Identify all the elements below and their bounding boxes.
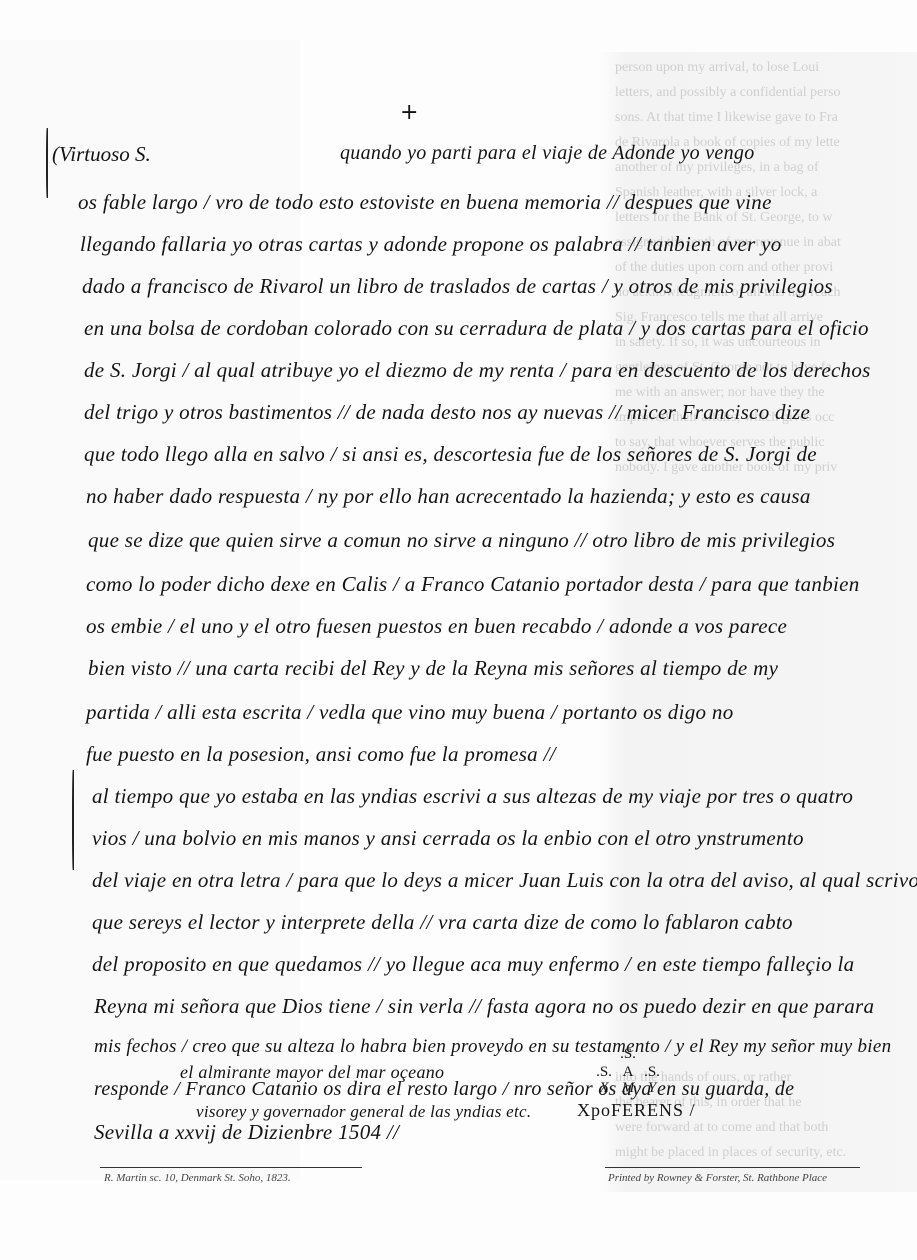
sigla-top: .S.: [618, 1046, 638, 1062]
letter-line: bien visto // una carta recibi del Rey y…: [88, 656, 778, 681]
imprint-rule-left: [100, 1167, 362, 1168]
letter-line: Reyna mi señora que Dios tiene / sin ver…: [94, 994, 874, 1019]
imprint-left: R. Martin sc. 10, Denmark St. Soho, 1823…: [104, 1172, 291, 1184]
letter-line: como lo poder dicho dexe en Calis / a Fr…: [86, 572, 860, 597]
letter-line: dado a francisco de Rivarol un libro de …: [82, 274, 833, 299]
sigla-m: M: [618, 1080, 638, 1096]
sigla-a: A: [618, 1064, 638, 1080]
letter-line: mis fechos / creo que su alteza lo habra…: [94, 1036, 891, 1058]
imprint-rule-right: [605, 1167, 860, 1168]
sigla-s-right: .S.: [642, 1064, 662, 1080]
show-through-line: letters, and possibly a confidential per…: [615, 83, 841, 102]
margin-note: (Virtuoso S.: [52, 142, 151, 167]
letter-line: que sereys el lector y interprete della …: [92, 910, 793, 935]
signature: XpoFERENS /: [577, 1100, 696, 1121]
letter-line: de S. Jorgi / al qual atribuye yo el die…: [84, 358, 871, 383]
margin-bracket: [46, 128, 48, 198]
letter-line: llegando fallaria yo otras cartas y adon…: [80, 232, 782, 257]
sigla-s-left: .S.: [594, 1064, 614, 1080]
sigla-y: Y: [642, 1080, 662, 1096]
show-through-line: sons. At that time I likewise gave to Fr…: [615, 108, 838, 127]
letter-line: vios / una bolvio en mis manos y ansi ce…: [92, 826, 804, 851]
paragraph-bracket: [72, 770, 74, 870]
letter-line: partida / alli esta escrita / vedla que …: [86, 700, 734, 725]
letter-line: fue puesto en la posesion, ansi como fue…: [86, 742, 556, 767]
letter-line: que todo llego alla en salvo / si ansi e…: [84, 442, 817, 467]
sigla-x: X: [594, 1080, 614, 1096]
opening-line: quando yo parti para el viaje de Adonde …: [340, 142, 755, 165]
show-through-line: person upon my arrival, to lose Loui: [615, 58, 819, 77]
letter-line: Sevilla a xxvij de Dizienbre 1504 //: [94, 1120, 399, 1145]
letter-line: en una bolsa de cordoban colorado con su…: [84, 316, 869, 341]
letter-line: del viaje en otra letra / para que lo de…: [92, 868, 917, 893]
letter-line: no haber dado respuesta / ny por ello ha…: [86, 484, 811, 509]
letter-line: del trigo y otros bastimentos // de nada…: [84, 400, 810, 425]
imprint-right: Printed by Rowney & Forster, St. Rathbon…: [608, 1172, 827, 1184]
letter-line: del proposito en que quedamos // yo lleg…: [92, 952, 854, 977]
letter-line: al tiempo que yo estaba en las yndias es…: [92, 784, 853, 809]
manuscript-page: person upon my arrival, to lose Loui let…: [0, 0, 917, 1260]
closing-title: el almirante mayor del mar oçeano: [180, 1062, 444, 1083]
closing-office: visorey y governador general de las yndi…: [196, 1102, 531, 1122]
letter-line: que se dize que quien sirve a comun no s…: [88, 528, 835, 553]
cross-mark: +: [400, 100, 418, 125]
show-through-line: might be placed in places of security, e…: [615, 1143, 846, 1162]
letter-line: os fable largo / vro de todo esto estovi…: [78, 190, 772, 215]
letter-line: os embie / el uno y el otro fuesen puest…: [86, 614, 787, 639]
